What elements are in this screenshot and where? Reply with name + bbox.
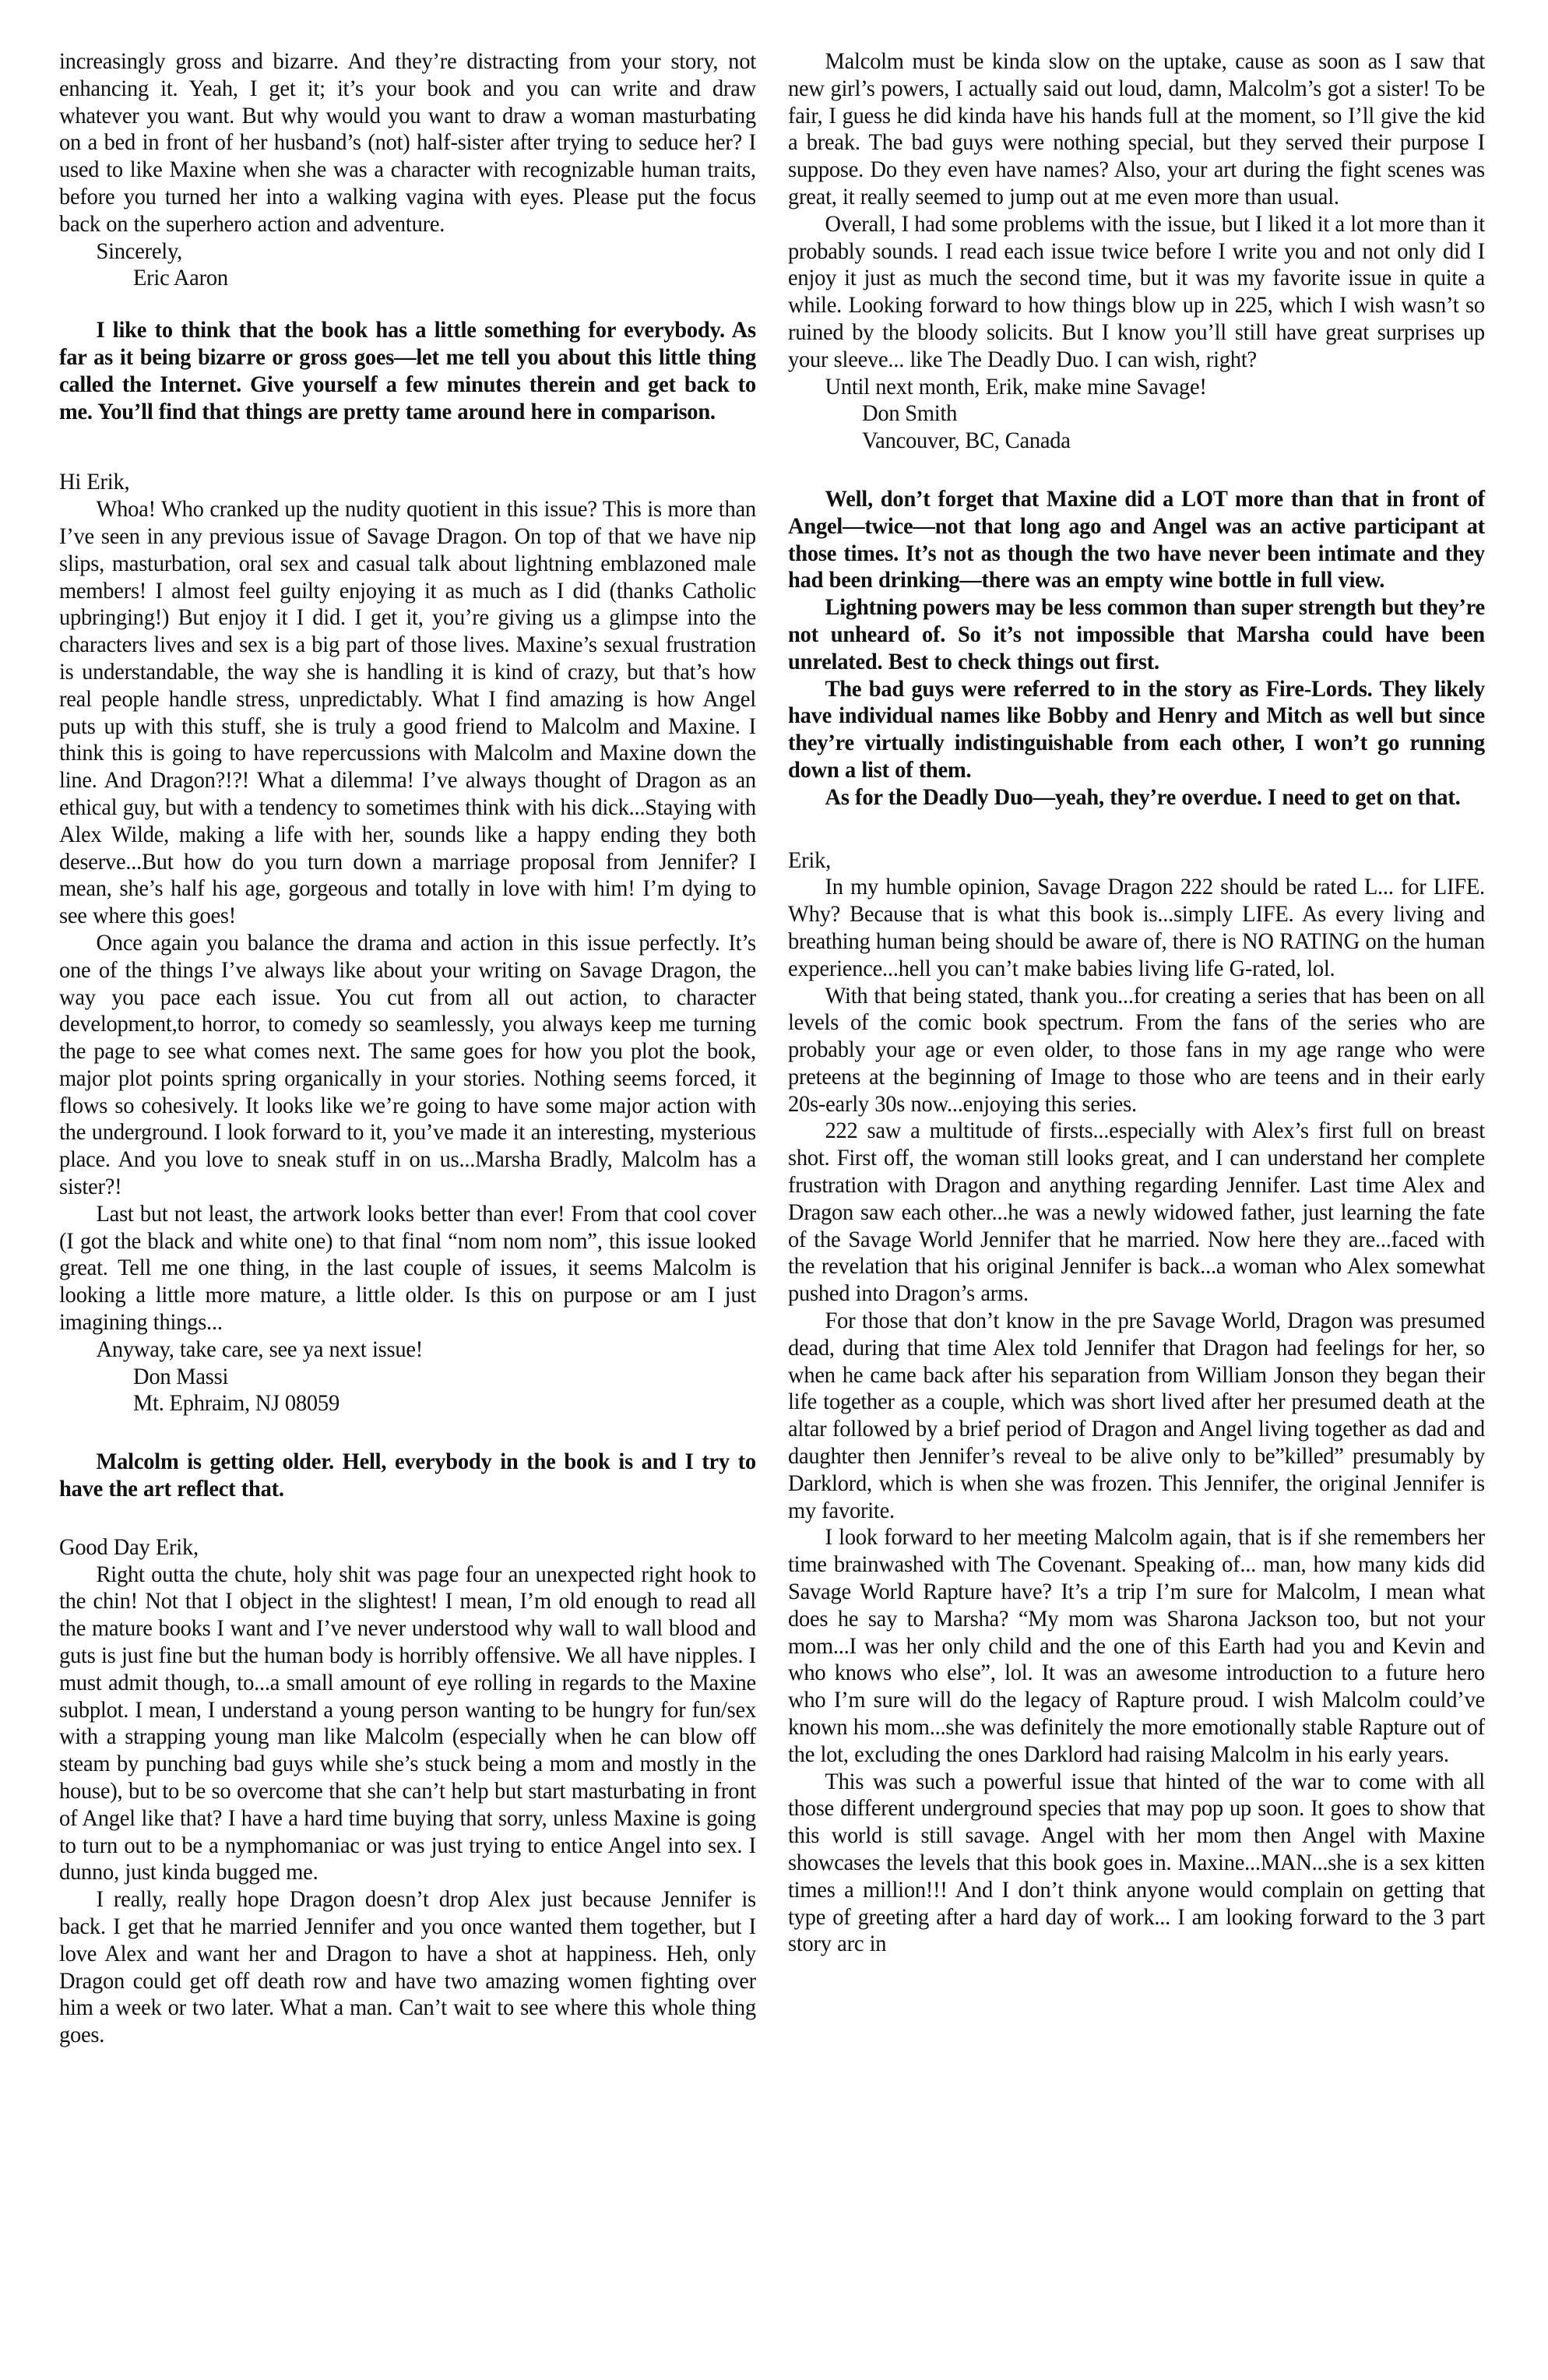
- section-gap: [788, 812, 1485, 847]
- section-gap: [59, 292, 756, 317]
- letter-signature: Eric Aaron: [59, 265, 756, 292]
- letter-address: Vancouver, BC, Canada: [788, 428, 1485, 455]
- letter-paragraph: I look forward to her meeting Malcolm ag…: [788, 1524, 1485, 1768]
- letter-paragraph: Anyway, take care, see ya next issue!: [59, 1336, 756, 1364]
- letters-column-right: Malcolm must be kinda slow on the uptake…: [788, 48, 1485, 1958]
- letter-paragraph: Until next month, Erik, make mine Savage…: [788, 374, 1485, 401]
- letter-paragraph: For those that don’t know in the pre Sav…: [788, 1308, 1485, 1524]
- editor-reply-paragraph: Lightning powers may be less common than…: [788, 594, 1485, 675]
- editor-reply-paragraph: The bad guys were referred to in the sto…: [788, 676, 1485, 784]
- editor-reply-paragraph: As for the Deadly Duo—yeah, they’re over…: [788, 784, 1485, 812]
- letter-signature: Don Massi: [59, 1364, 756, 1391]
- letters-page: increasingly gross and bizarre. And they…: [0, 0, 1548, 2380]
- section-gap: [59, 425, 756, 469]
- letter-paragraph: Once again you balance the drama and act…: [59, 930, 756, 1201]
- letter-paragraph: With that being stated, thank you...for …: [788, 983, 1485, 1118]
- editor-reply-paragraph: I like to think that the book has a litt…: [59, 317, 756, 425]
- letter-paragraph: increasingly gross and bizarre. And they…: [59, 48, 756, 238]
- letters-column-left: increasingly gross and bizarre. And they…: [59, 48, 756, 2049]
- letter-paragraph: 222 saw a multitude of firsts...especial…: [788, 1118, 1485, 1308]
- letter-signature: Don Smith: [788, 400, 1485, 428]
- section-gap: [59, 1503, 756, 1534]
- letter-greeting: Good Day Erik,: [59, 1534, 756, 1561]
- letter-greeting: Hi Erik,: [59, 469, 756, 496]
- letter-paragraph: Whoa! Who cranked up the nudity quotient…: [59, 496, 756, 930]
- letter-closing: Sincerely,: [59, 238, 756, 266]
- letter-paragraph: Right outta the chute, holy shit was pag…: [59, 1561, 756, 1887]
- letter-paragraph: Overall, I had some problems with the is…: [788, 211, 1485, 374]
- section-gap: [788, 455, 1485, 486]
- editor-reply-paragraph: Well, don’t forget that Maxine did a LOT…: [788, 486, 1485, 594]
- letter-address: Mt. Ephraim, NJ 08059: [59, 1390, 756, 1417]
- letter-greeting: Erik,: [788, 847, 1485, 875]
- letter-paragraph: In my humble opinion, Savage Dragon 222 …: [788, 874, 1485, 982]
- letter-paragraph: Last but not least, the artwork looks be…: [59, 1201, 756, 1336]
- editor-reply-paragraph: Malcolm is getting older. Hell, everybod…: [59, 1449, 756, 1503]
- letter-paragraph: I really, really hope Dragon doesn’t dro…: [59, 1886, 756, 2049]
- section-gap: [59, 1417, 756, 1449]
- letter-paragraph: Malcolm must be kinda slow on the uptake…: [788, 48, 1485, 211]
- letter-paragraph: This was such a powerful issue that hint…: [788, 1769, 1485, 1959]
